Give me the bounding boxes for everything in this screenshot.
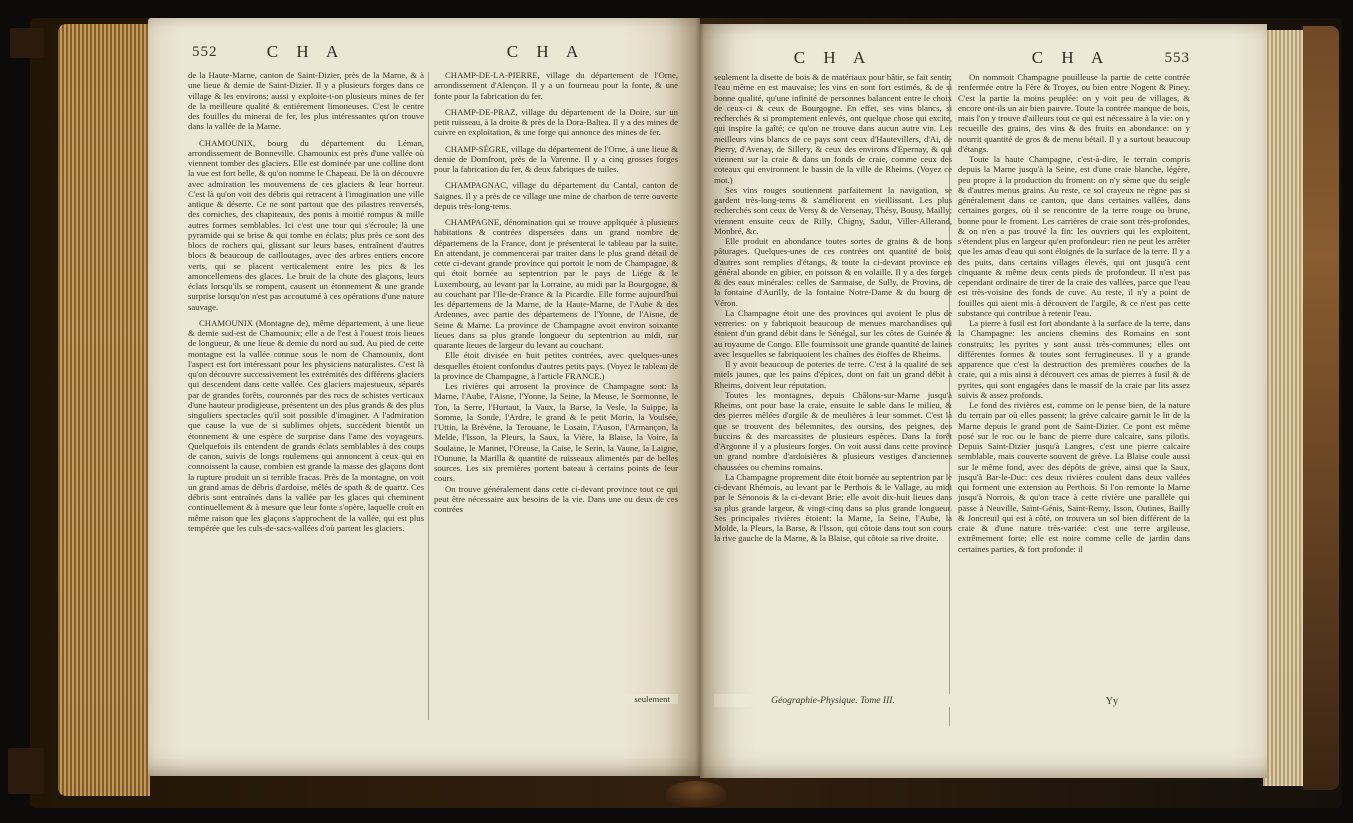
page-edge-stack-left [58, 24, 150, 796]
paragraph: On nommoit Champagne pouilleuse la parti… [958, 72, 1190, 154]
paragraph: Toute la haute Champagne, c'est-à-dire, … [958, 154, 1190, 318]
paragraph: CHAMPAGNE, dénomination qui se trouve ap… [434, 217, 678, 350]
paragraph: seulement la disette de bois & de matéri… [714, 72, 952, 185]
text-column: de la Haute-Marne, canton de Saint-Dizie… [188, 70, 424, 720]
paragraph: CHAMOUNIX (Montagne de), même départemen… [188, 318, 424, 533]
paragraph: CHAMP-SÉGRE, village du département de l… [434, 144, 678, 175]
paragraph: On trouve généralement dans cette ci-dev… [434, 484, 678, 515]
text-column: seulement la disette de bois & de matéri… [714, 72, 952, 692]
left-page: 552 C H A C H A de la Haute-Marne, canto… [148, 18, 700, 776]
paragraph: La Champagne étoit une des provinces qui… [714, 308, 952, 359]
paragraph: Ses vins rouges soutiennent parfaitement… [714, 185, 952, 236]
running-head: C H A [426, 42, 666, 62]
running-head: C H A [714, 48, 952, 68]
paragraph: Elle produit en abondance toutes sortes … [714, 236, 952, 308]
column-divider [949, 76, 950, 726]
cover-corner-top-left [10, 28, 44, 58]
spine-leather-bump [666, 781, 726, 807]
right-page: C H A C H A 553 seulement la disette de … [700, 24, 1267, 778]
paragraph: Toutes les montagnes, depuis Châlons-sur… [714, 390, 952, 472]
catchword: seulement [434, 694, 678, 704]
paragraph: CHAMP-DE-LA-PIERRE, village du départeme… [434, 70, 678, 101]
page-edge-stack-right [1263, 30, 1305, 786]
cover-corner-bottom-left [8, 748, 44, 794]
running-head: C H A [188, 42, 424, 62]
book-photo-background: 552 C H A C H A de la Haute-Marne, canto… [0, 0, 1353, 823]
paragraph: Le fond des rivières est, comme on le pe… [958, 400, 1190, 554]
paragraph: Il y avoit beaucoup de poteries de terre… [714, 359, 952, 390]
text-column: On nommoit Champagne pouilleuse la parti… [958, 72, 1190, 706]
paragraph: Les rivières qui arrosent la province de… [434, 381, 678, 484]
quire-signature-mark: Yy [958, 696, 1118, 707]
paragraph: La pierre à fusil est fort abondante à l… [958, 318, 1190, 400]
page-number-right: 553 [1120, 50, 1190, 67]
paragraph: CHAMP-DE-PRAZ, village du département de… [434, 107, 678, 138]
leather-spine-edge-right [1303, 26, 1339, 790]
column-divider [428, 72, 429, 720]
paragraph: Elle étoit divisée en huit petites contr… [434, 350, 678, 381]
paragraph: de la Haute-Marne, canton de Saint-Dizie… [188, 70, 424, 132]
text-column: CHAMP-DE-LA-PIERRE, village du départeme… [434, 70, 678, 698]
paragraph: CHAMPAGNAC, village du département du Ca… [434, 180, 678, 211]
paragraph: CHAMOUNIX, bourg du département du Léman… [188, 138, 424, 312]
paragraph: La Champagne proprement dite étoit borné… [714, 472, 952, 544]
signature-line: Géographie-Physique. Tome III. [714, 694, 952, 707]
